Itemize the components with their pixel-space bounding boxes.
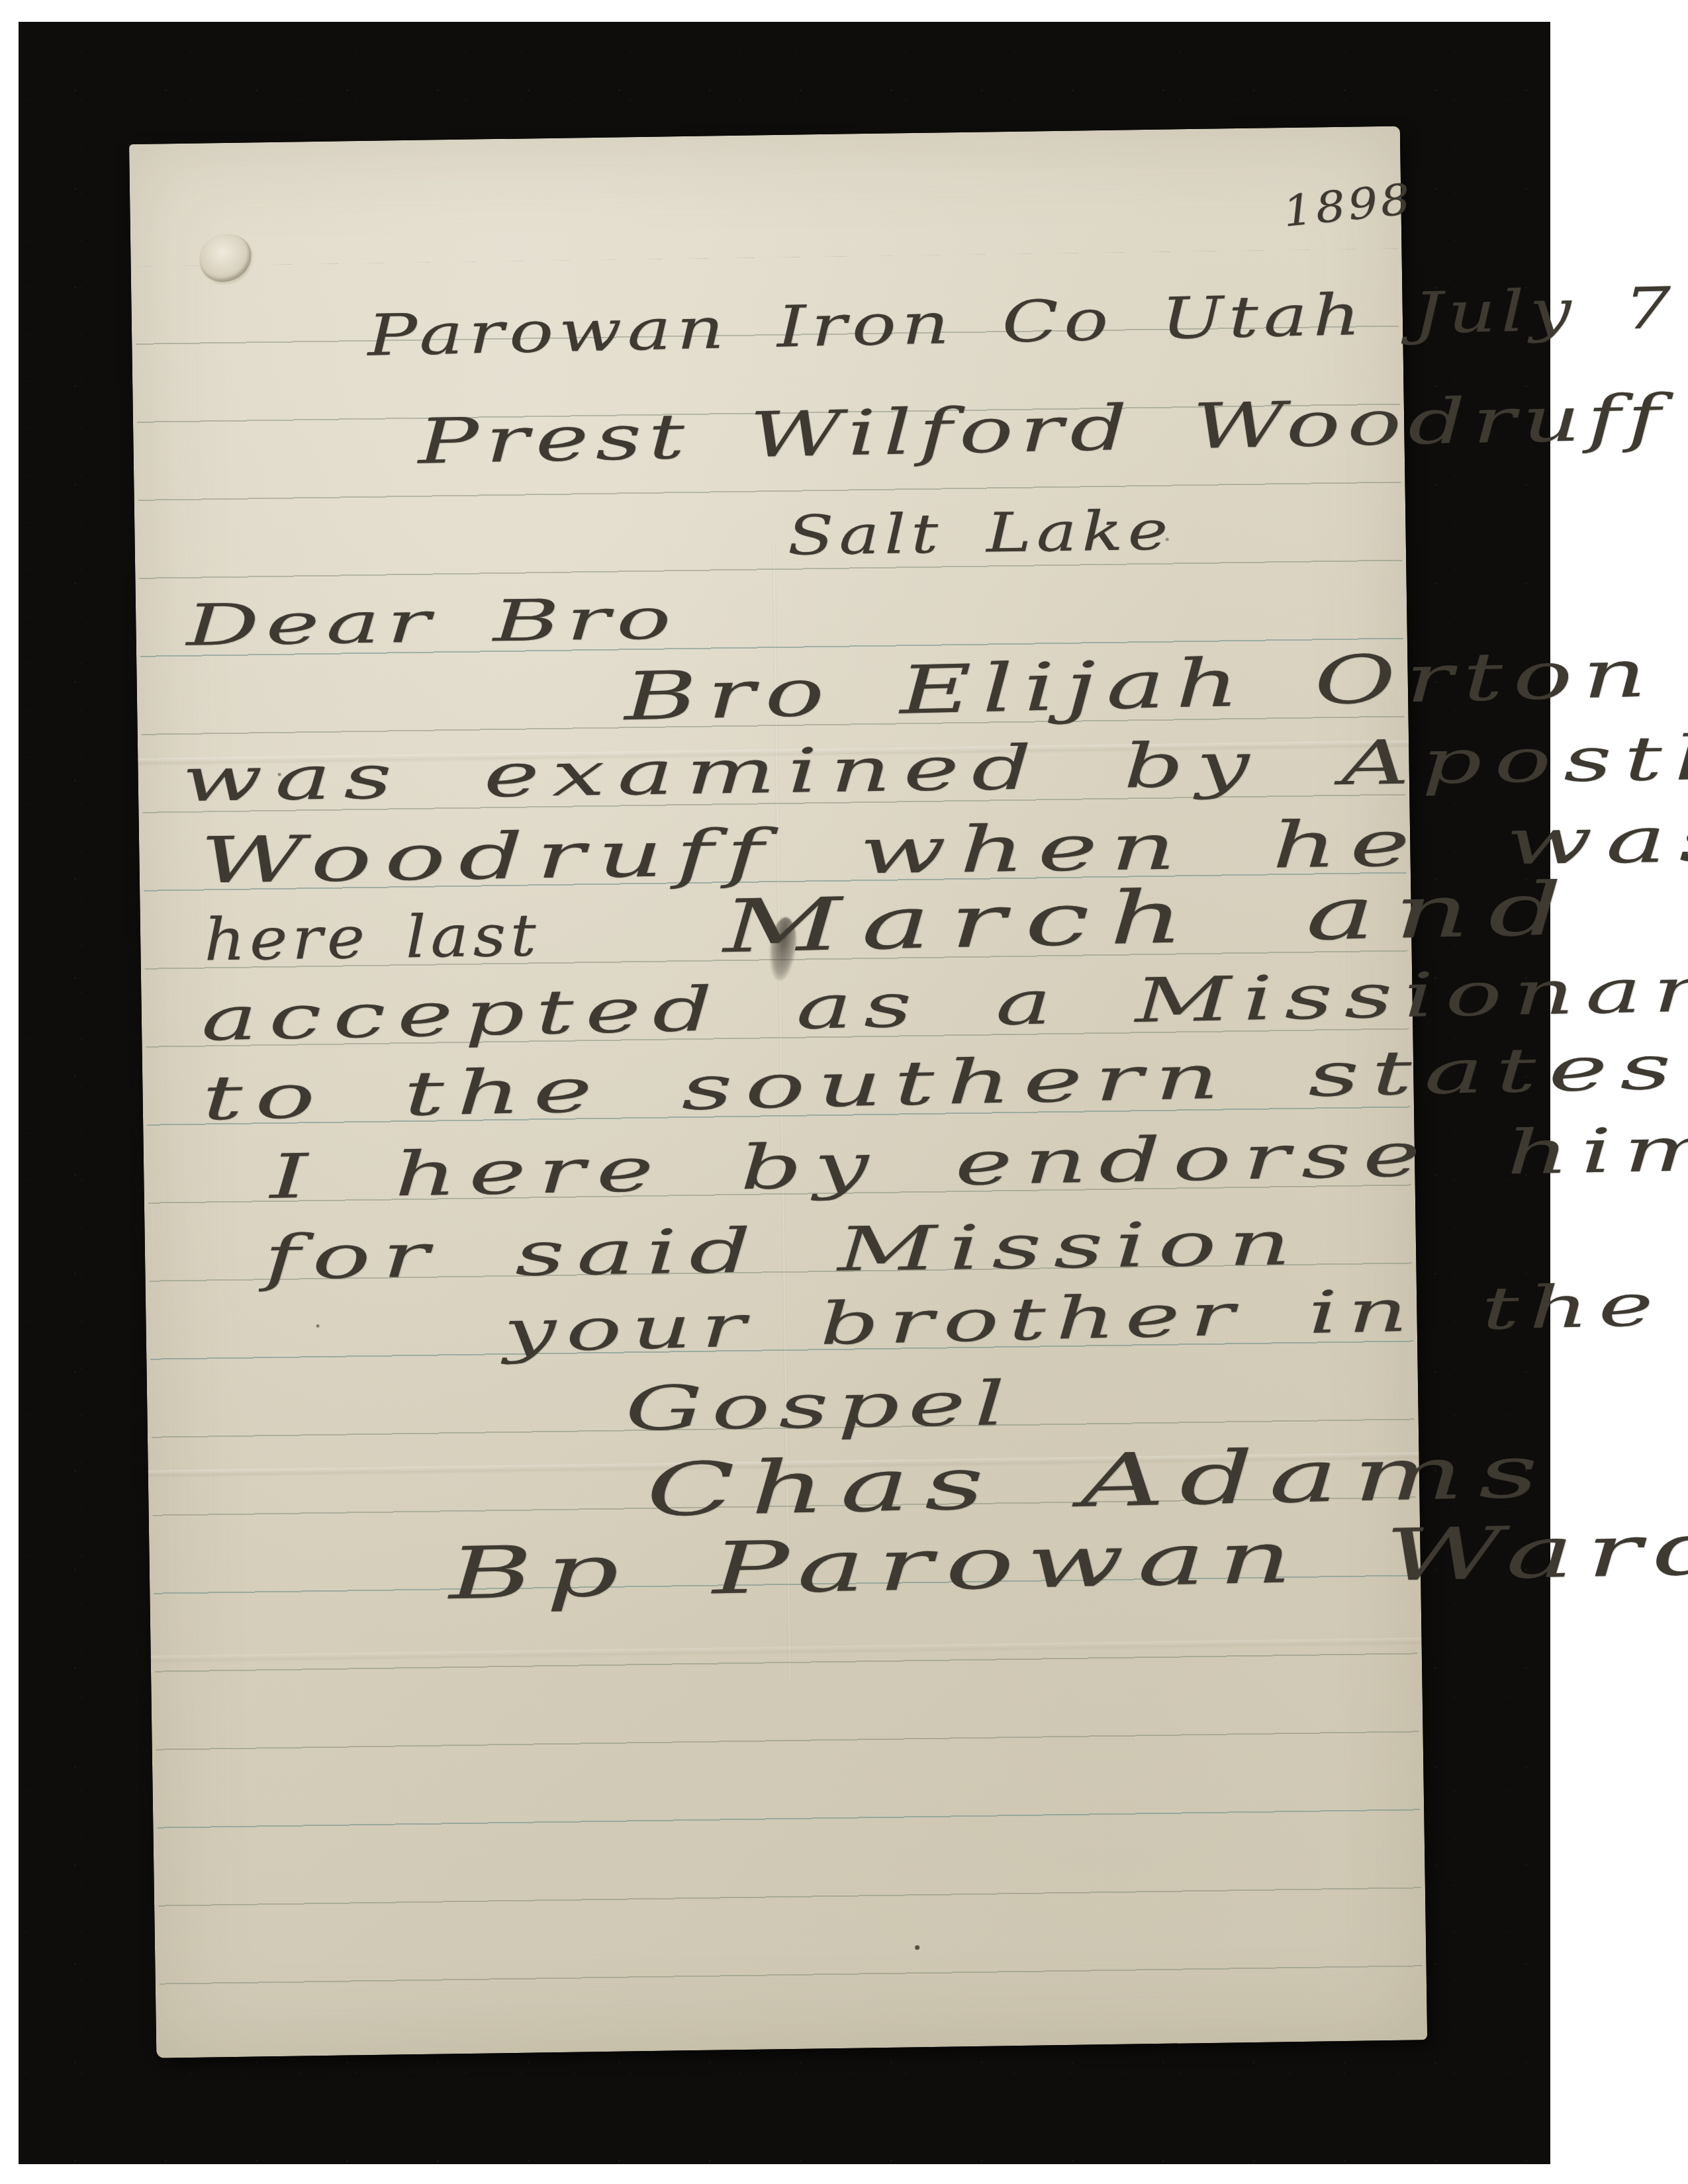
dust-specks: [129, 144, 131, 146]
body-line-4-left: here last: [204, 906, 541, 969]
body-line-6: to the southern states: [202, 1037, 1684, 1130]
closing-line-2: Gospel: [625, 1373, 1014, 1439]
body-line-7: I here by endorse him: [269, 1118, 1688, 1208]
letter-address-place: Salt Lake: [787, 504, 1173, 563]
horizontal-fold-crease: [151, 1637, 1422, 1663]
body-line-8: for said Mission: [263, 1213, 1303, 1289]
black-backdrop: 1898 Parowan Iron Co Utah July 7 Prest W…: [19, 22, 1550, 2164]
letter-addressee: Prest Wilford Woodruff: [418, 387, 1668, 474]
body-line-1: Bro Elijah Orton: [624, 640, 1657, 730]
body-line-2: was examined by Apostle: [181, 727, 1688, 811]
letter-salutation: Dear Bro: [186, 590, 678, 655]
year-annotation: 1898: [1281, 178, 1415, 234]
body-line-4-right: March and: [722, 872, 1583, 964]
signature-title: Bp Parowan Ward: [448, 1514, 1688, 1610]
letter-dateline: Parowan Iron Co Utah July 7: [367, 280, 1677, 365]
signature: Chas Adams: [645, 1435, 1554, 1527]
paper-damage-stain: [199, 234, 252, 282]
scanned-letter-photo: 1898 Parowan Iron Co Utah July 7 Prest W…: [0, 0, 1688, 2184]
closing-line-1: your brother in the: [503, 1276, 1664, 1361]
letter-page: 1898 Parowan Iron Co Utah July 7 Prest W…: [129, 126, 1427, 2058]
